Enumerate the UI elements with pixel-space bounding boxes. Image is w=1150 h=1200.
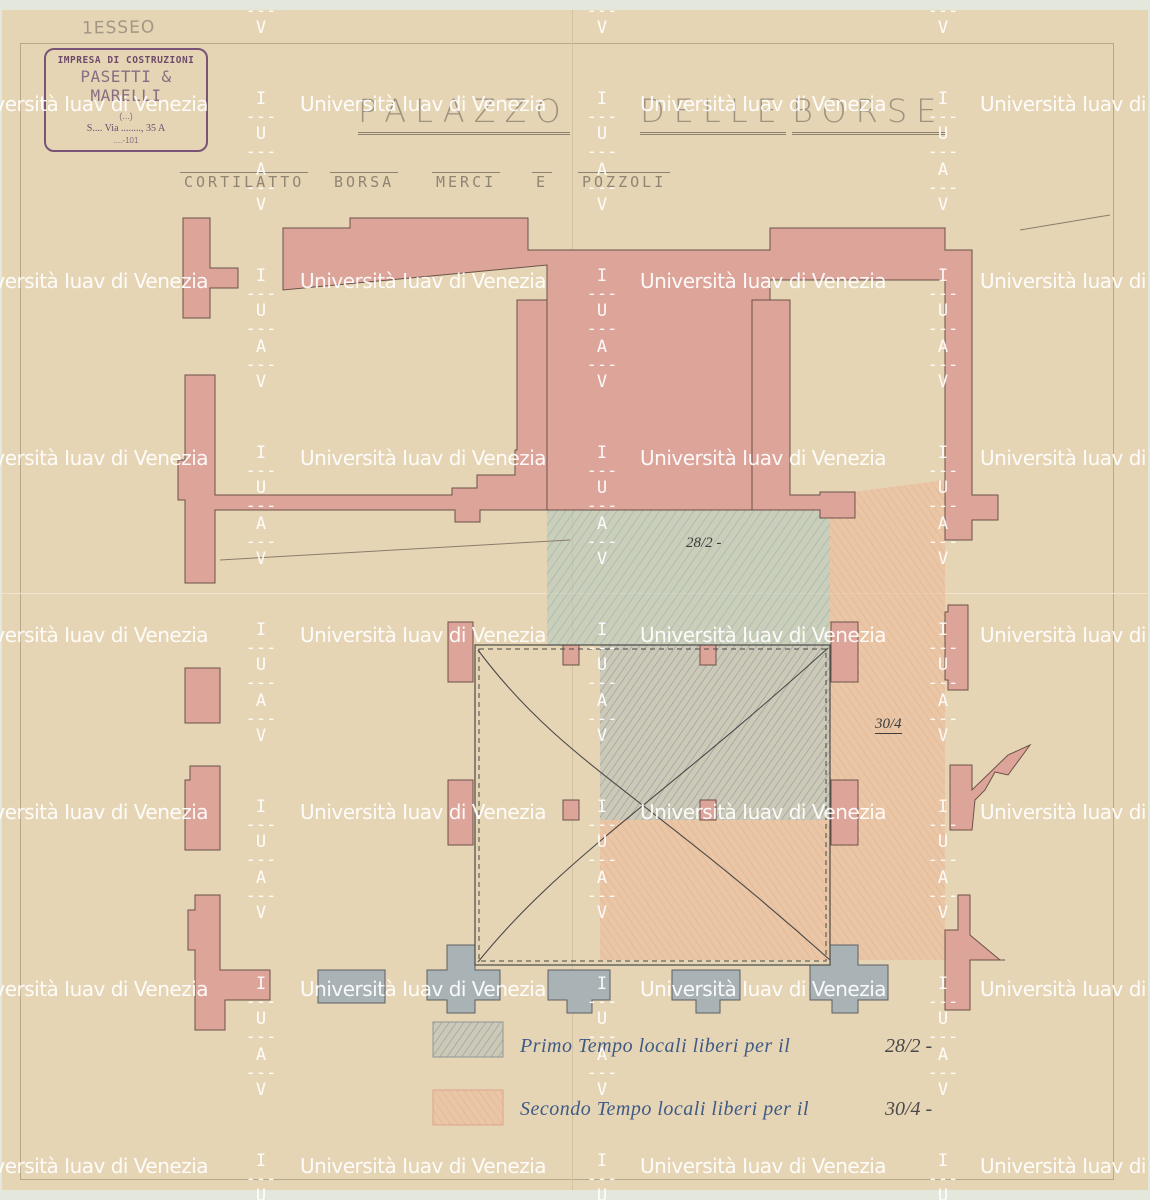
watermark-text: Università Iuav di Venezia bbox=[0, 269, 208, 293]
watermark-vertical: I---U bbox=[584, 1153, 620, 1200]
watermark-text: Università Iuav di Venezia bbox=[0, 1154, 208, 1178]
watermark-vertical: I---U---A---V bbox=[584, 445, 620, 569]
watermark-text: Università Iuav di Venezia bbox=[300, 1154, 546, 1178]
watermark-text: Università Iuav di Venezia bbox=[980, 800, 1150, 824]
watermark-text: Università Iuav di Venezia bbox=[300, 977, 546, 1001]
watermark-text: Università Iuav di Venezia bbox=[0, 92, 208, 116]
watermark-text: Università Iuav di Venezia bbox=[300, 92, 546, 116]
watermark-text: Università Iuav di Venezia bbox=[640, 92, 886, 116]
legend-label-second: Secondo Tempo locali liberi per il bbox=[520, 1098, 809, 1121]
watermark-vertical: I---U---A---V bbox=[243, 0, 279, 38]
watermark-vertical: I---U---A---V bbox=[925, 0, 961, 38]
watermark-vertical: I---U---A---V bbox=[243, 976, 279, 1100]
watermark-text: Università Iuav di Venezia bbox=[980, 977, 1150, 1001]
watermark-text: Università Iuav di Venezia bbox=[0, 800, 208, 824]
watermark-text: Università Iuav di Venezia bbox=[640, 446, 886, 470]
watermark-text: Università Iuav di Venezia bbox=[0, 977, 208, 1001]
legend-swatch-gray bbox=[433, 1022, 503, 1057]
watermark-text: Università Iuav di Venezia bbox=[300, 800, 546, 824]
watermark-text: Università Iuav di Venezia bbox=[640, 1154, 886, 1178]
watermark-text: Università Iuav di Venezia bbox=[300, 269, 546, 293]
watermark-text: Università Iuav di Venezia bbox=[980, 269, 1150, 293]
watermark-vertical: I---U---A---V bbox=[584, 976, 620, 1100]
watermark-text: Università Iuav di Venezia bbox=[0, 446, 208, 470]
watermark-text: Università Iuav di Venezia bbox=[0, 623, 208, 647]
legend-date-second: 30/4 - bbox=[885, 1098, 932, 1121]
watermark-vertical: I---U---A---V bbox=[925, 91, 961, 215]
watermark-vertical: I---U---A---V bbox=[243, 445, 279, 569]
watermark-vertical: I---U---A---V bbox=[584, 622, 620, 746]
watermark-vertical: I---U---A---V bbox=[925, 268, 961, 392]
watermark-vertical: I---U---A---V bbox=[584, 799, 620, 923]
watermark-text: Università Iuav di Venezia bbox=[300, 623, 546, 647]
legend-label-first: Primo Tempo locali liberi per il bbox=[520, 1035, 790, 1058]
watermark-vertical: I---U---A---V bbox=[925, 445, 961, 569]
watermark-text: Università Iuav di Venezia bbox=[980, 92, 1150, 116]
watermark-text: Università Iuav di Venezia bbox=[300, 446, 546, 470]
watermark-vertical: I---U---A---V bbox=[584, 0, 620, 38]
watermark-vertical: I---U---A---V bbox=[243, 91, 279, 215]
watermark-text: Università Iuav di Venezia bbox=[640, 623, 886, 647]
watermark-vertical: I---U---A---V bbox=[925, 622, 961, 746]
watermark-vertical: I---U---A---V bbox=[584, 268, 620, 392]
watermark-vertical: I---U---A---V bbox=[243, 622, 279, 746]
watermark-vertical: I---U---A---V bbox=[925, 976, 961, 1100]
watermark-text: Università Iuav di Venezia bbox=[980, 1154, 1150, 1178]
watermark-text: Università Iuav di Venezia bbox=[980, 446, 1150, 470]
watermark-vertical: I---U---A---V bbox=[925, 799, 961, 923]
watermark-vertical: I---U bbox=[925, 1153, 961, 1200]
watermark-vertical: I---U bbox=[243, 1153, 279, 1200]
watermark-vertical: I---U---A---V bbox=[243, 268, 279, 392]
floor-plan bbox=[0, 0, 1150, 1200]
watermark-text: Università Iuav di Venezia bbox=[640, 269, 886, 293]
watermark-text: Università Iuav di Venezia bbox=[640, 977, 886, 1001]
annotation-date-orange: 30/4 bbox=[875, 716, 902, 734]
watermark-vertical: I---U---A---V bbox=[584, 91, 620, 215]
watermark-text: Università Iuav di Venezia bbox=[640, 800, 886, 824]
annotation-date-blue: 28/2 - bbox=[686, 535, 721, 552]
legend-swatch-orange bbox=[433, 1090, 503, 1125]
watermark-vertical: I---U---A---V bbox=[243, 799, 279, 923]
watermark-text: Università Iuav di Venezia bbox=[980, 623, 1150, 647]
